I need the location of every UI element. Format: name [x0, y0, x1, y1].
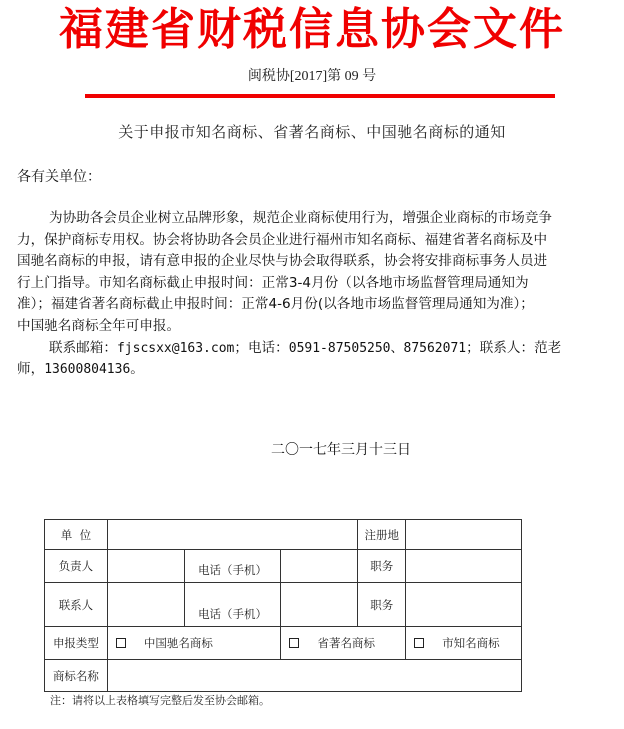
- option-provincial-famous[interactable]: 省著名商标: [281, 627, 406, 660]
- option-label: 市知名商标: [442, 636, 500, 650]
- body-line: 准）；福建省著名商标截止申报时间：正常4-6月份(以各地市场监督管理局通知为准）…: [17, 294, 611, 316]
- form-footnote: 注：请将以上表格填写完整后发至协会邮箱。: [50, 693, 270, 709]
- period: 。: [130, 361, 144, 377]
- manager-phone-label: 电话（手机）: [184, 550, 281, 583]
- unit-label: 单 位: [45, 520, 108, 550]
- body-line: 中国驰名商标全年可申报。: [17, 316, 611, 338]
- notice-title: 关于申报市知名商标、省著名商标、中国驰名商标的通知: [0, 122, 624, 142]
- contact-line: 联系邮箱：fjscsxx@163.com；电话：0591-87505250、87…: [17, 338, 611, 360]
- unit-input-cell[interactable]: [107, 520, 357, 550]
- contact-label: 联系人: [45, 583, 108, 627]
- contact-input-cell[interactable]: [107, 583, 184, 627]
- document-number: 闽税协[2017]第 09 号: [0, 68, 624, 86]
- manager-input-cell[interactable]: [107, 550, 184, 583]
- application-type-label: 申报类型: [45, 627, 108, 660]
- table-row-contact: 联系人 电话（手机） 职务: [45, 583, 522, 627]
- contact-phone-input-cell[interactable]: [281, 583, 358, 627]
- body-line: 为协助各会员企业树立品牌形象，规范企业商标使用行为，增强企业商标的市场竞争: [17, 208, 611, 230]
- table-row-unit: 单 位 注册地: [45, 520, 522, 550]
- checkbox-icon[interactable]: [414, 638, 424, 648]
- trademark-name-label: 商标名称: [45, 660, 108, 692]
- contact-person-name-end: 师，: [17, 361, 44, 377]
- manager-phone-input-cell[interactable]: [281, 550, 358, 583]
- option-label: 中国驰名商标: [144, 636, 213, 650]
- checkbox-icon[interactable]: [116, 638, 126, 648]
- registered-address-label: 注册地: [358, 520, 406, 550]
- contact-line-continued: 师，13600804136。: [17, 359, 611, 381]
- manager-title-input-cell[interactable]: [406, 550, 522, 583]
- option-china-famous[interactable]: 中国驰名商标: [107, 627, 281, 660]
- manager-label: 负责人: [45, 550, 108, 583]
- phone-numbers: 0591-87505250、87562071: [289, 341, 466, 356]
- table-row-manager: 负责人 电话（手机） 职务: [45, 550, 522, 583]
- body-line: 国驰名商标的申报，请有意申报的企业尽快与协会取得联系，协会将安排商标事务人员进: [17, 251, 611, 273]
- salutation: 各有关单位：: [17, 167, 101, 187]
- manager-title-label: 职务: [358, 550, 406, 583]
- table-row-trademark-name: 商标名称: [45, 660, 522, 692]
- checkbox-icon[interactable]: [289, 638, 299, 648]
- contact-title-input-cell[interactable]: [406, 583, 522, 627]
- trademark-name-input-cell[interactable]: [107, 660, 521, 692]
- contact-person-label: ；联系人：: [466, 340, 534, 356]
- option-city-known[interactable]: 市知名商标: [406, 627, 522, 660]
- mobile-number: 13600804136: [44, 362, 130, 377]
- option-label: 省著名商标: [317, 636, 375, 650]
- application-form-table: 单 位 注册地 负责人 电话（手机） 职务 联系人 电话（手机） 职务 申报类型…: [44, 519, 522, 692]
- contact-phone-label: 电话（手机）: [184, 583, 281, 627]
- contact-title-label: 职务: [358, 583, 406, 627]
- email-address[interactable]: fjscsxx@163.com: [117, 341, 234, 356]
- document-header-title: 福建省财税信息协会文件: [0, 4, 624, 56]
- body-line: 行上门指导。市知名商标截止申报时间：正常3-4月份（以各地市场监督管理局通知为: [17, 273, 611, 295]
- registered-address-input-cell[interactable]: [406, 520, 522, 550]
- email-label: 联系邮箱：: [49, 340, 117, 356]
- phone-label: ；电话：: [234, 340, 288, 356]
- red-divider-rule: [85, 94, 555, 98]
- contact-person-name: 范老: [534, 340, 561, 356]
- notice-body: 为协助各会员企业树立品牌形象，规范企业商标使用行为，增强企业商标的市场竞争 力，…: [17, 208, 611, 381]
- table-row-application-type: 申报类型 中国驰名商标 省著名商标 市知名商标: [45, 627, 522, 660]
- issue-date: 二〇一七年三月十三日: [0, 440, 624, 460]
- body-line: 力，保护商标专用权。协会将协助各会员企业进行福州市知名商标、福建省著名商标及中: [17, 230, 611, 252]
